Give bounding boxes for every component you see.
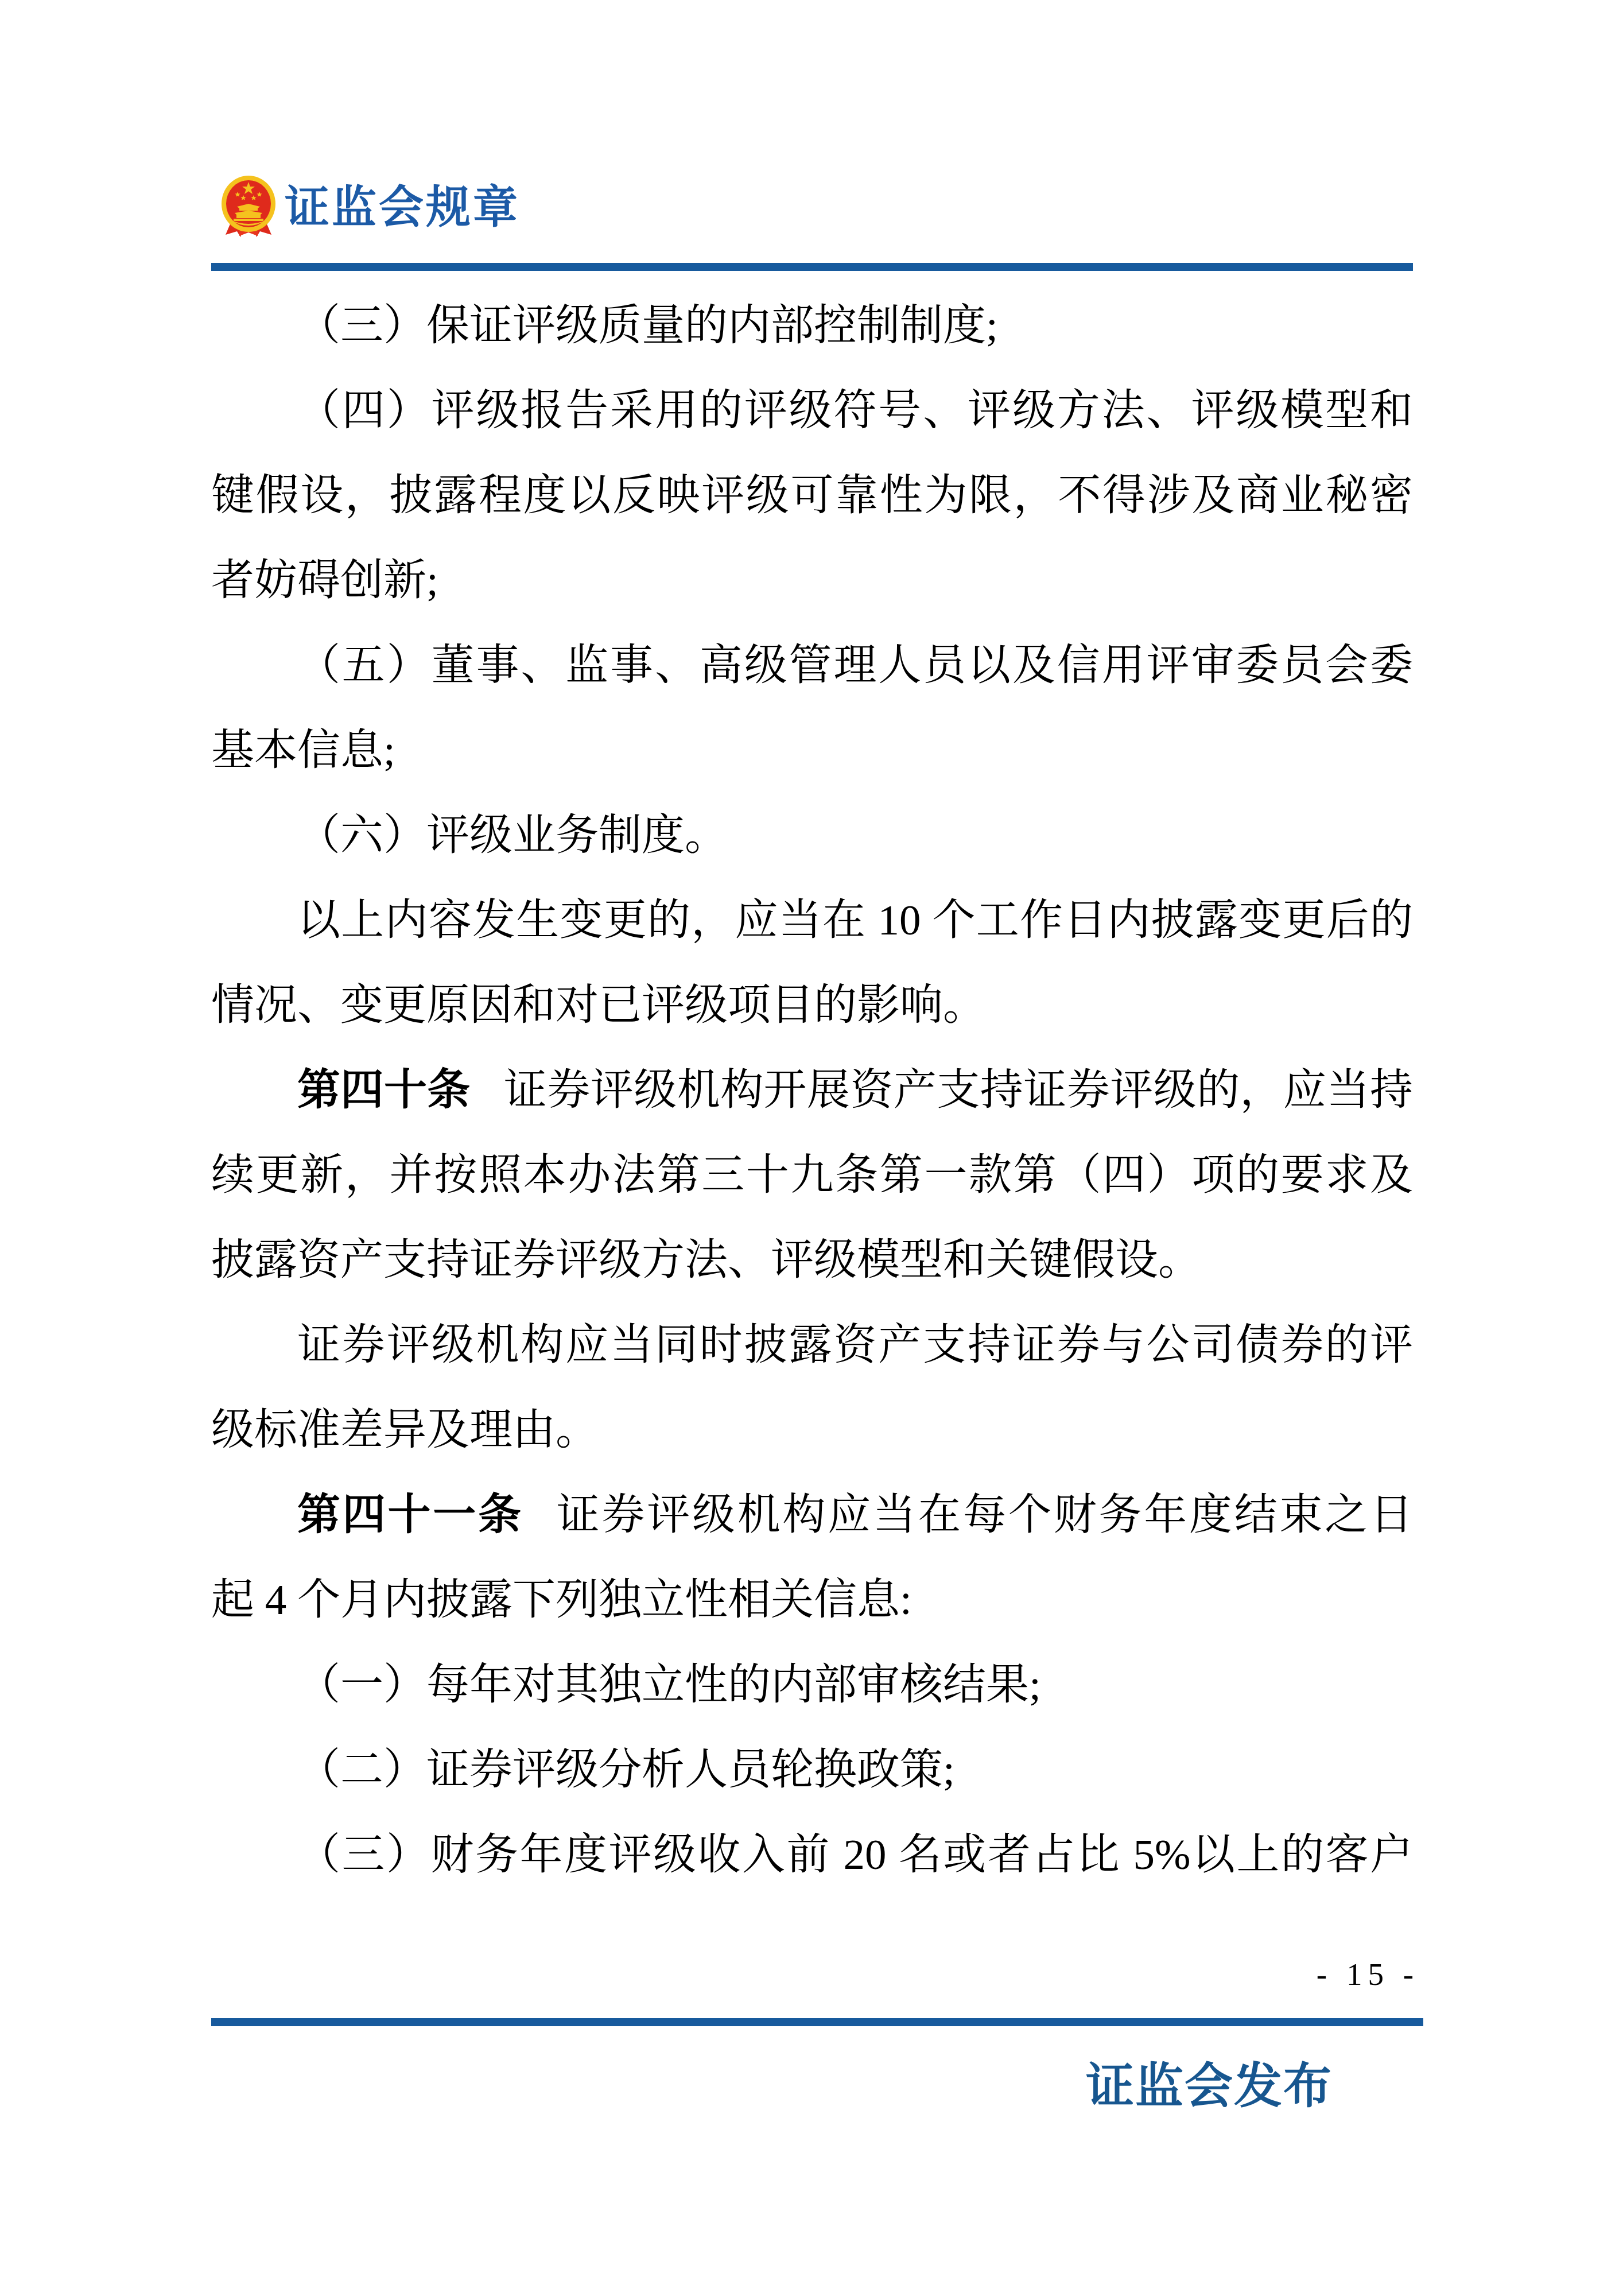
line-text: 以上内容发生变更的，应当在 10 个工作日内披露变更后的 [297, 897, 1413, 944]
national-emblem-icon [220, 174, 277, 241]
line-text: （四）评级报告采用的评级符号、评级方法、评级模型和关 [297, 387, 1413, 453]
text-line: 起 4 个月内披露下列独立性相关信息: [211, 1558, 1413, 1643]
line-text: （三）保证评级质量的内部控制制度; [297, 302, 998, 350]
text-line: （二）证券评级分析人员轮换政策; [211, 1728, 1413, 1813]
line-text: 披露资产支持证券评级方法、评级模型和关键假设。 [211, 1236, 1201, 1284]
text-line: 证券评级机构应当同时披露资产支持证券与公司债券的评 [211, 1303, 1413, 1388]
line-text: （五）董事、监事、高级管理人员以及信用评审委员会委员 [297, 642, 1413, 708]
line-text: 续更新，并按照本办法第三十九条第一款第（四）项的要求及时 [211, 1151, 1413, 1218]
text-line: （三）保证评级质量的内部控制制度; [211, 284, 1413, 369]
line-text: （六）评级业务制度。 [297, 812, 728, 859]
text-line: 基本信息; [211, 708, 1413, 793]
text-line: （三）财务年度评级收入前 20 名或者占比 5%以上的客户名 [211, 1813, 1413, 1898]
text-line: 第四十条证券评级机构开展资产支持证券评级的，应当持 [211, 1048, 1413, 1133]
text-line: 第四十一条证券评级机构应当在每个财务年度结束之日 [211, 1473, 1413, 1558]
line-text: 证券评级机构开展资产支持证券评级的，应当持 [504, 1066, 1413, 1114]
header-rule [211, 263, 1413, 271]
line-text: （一）每年对其独立性的内部审核结果; [297, 1661, 1041, 1709]
page-number: - 15 - [1317, 1956, 1419, 1993]
line-text: 者妨碍创新; [211, 557, 438, 604]
text-line: 级标准差异及理由。 [211, 1388, 1413, 1473]
text-line: 披露资产支持证券评级方法、评级模型和关键假设。 [211, 1218, 1413, 1303]
line-text: 起 4 个月内披露下列独立性相关信息: [211, 1576, 912, 1624]
article-number: 第四十条 [297, 1066, 471, 1114]
text-line: 续更新，并按照本办法第三十九条第一款第（四）项的要求及时 [211, 1133, 1413, 1218]
text-line: 情况、变更原因和对已评级项目的影响。 [211, 963, 1413, 1048]
line-text: 键假设，披露程度以反映评级可靠性为限，不得涉及商业秘密或 [211, 472, 1413, 538]
text-line: 以上内容发生变更的，应当在 10 个工作日内披露变更后的 [211, 878, 1413, 963]
line-text: （二）证券评级分析人员轮换政策; [297, 1746, 955, 1794]
text-line: （四）评级报告采用的评级符号、评级方法、评级模型和关 [211, 369, 1413, 453]
page-header-title: 证监会规章 [285, 179, 520, 236]
text-line: 者妨碍创新; [211, 538, 1413, 623]
line-text: 情况、变更原因和对已评级项目的影响。 [211, 982, 986, 1029]
text-line: 键假设，披露程度以反映评级可靠性为限，不得涉及商业秘密或 [211, 453, 1413, 538]
footer-rule [211, 2018, 1423, 2026]
document-body: （三）保证评级质量的内部控制制度;（四）评级报告采用的评级符号、评级方法、评级模… [211, 284, 1413, 1898]
line-text: （三）财务年度评级收入前 20 名或者占比 5%以上的客户名 [297, 1831, 1413, 1898]
text-line: （五）董事、监事、高级管理人员以及信用评审委员会委员 [211, 623, 1413, 708]
article-number: 第四十一条 [297, 1491, 523, 1539]
text-line: （一）每年对其独立性的内部审核结果; [211, 1643, 1413, 1728]
line-text: 证券评级机构应当同时披露资产支持证券与公司债券的评 [297, 1321, 1413, 1369]
line-text: 证券评级机构应当在每个财务年度结束之日 [557, 1491, 1413, 1539]
line-text: 基本信息; [211, 727, 395, 774]
publisher-label: 证监会发布 [1086, 2060, 1333, 2115]
line-text: 级标准差异及理由。 [211, 1406, 599, 1454]
document-page: 证监会规章 （三）保证评级质量的内部控制制度;（四）评级报告采用的评级符号、评级… [0, 0, 1623, 2296]
text-line: （六）评级业务制度。 [211, 793, 1413, 878]
